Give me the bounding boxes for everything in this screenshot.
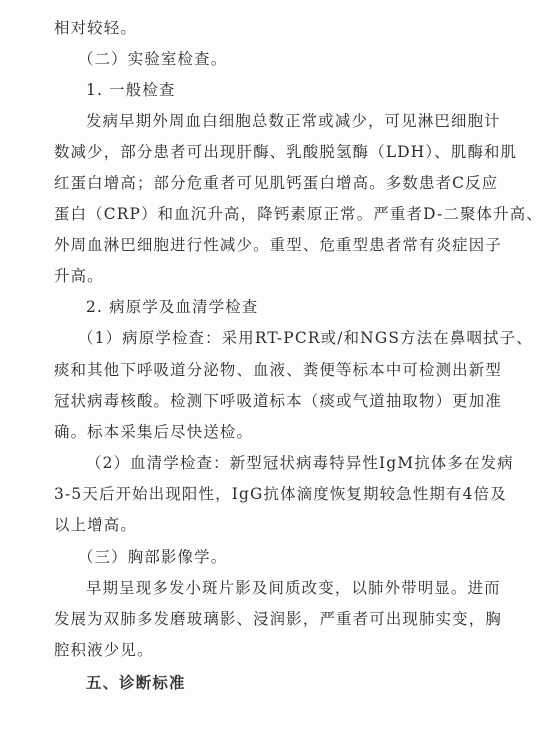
paragraph-line: 以上增高。 — [54, 515, 494, 535]
paragraph-line: （2）血清学检查：新型冠状病毒特异性IgM抗体多在发病 — [86, 453, 526, 473]
paragraph-line: 腔积液少见。 — [54, 640, 494, 660]
subsection-heading-pathogen-serology: 2. 病原学及血清学检查 — [86, 297, 526, 317]
document-page: 相对较轻。 （二）实验室检查。 1. 一般检查 发病早期外周血白细胞总数正常或减… — [0, 0, 549, 729]
paragraph-line: 冠状病毒核酸。检测下呼吸道标本（痰或气道抽取物）更加准 — [54, 391, 494, 411]
section-heading-chest-imaging: （三）胸部影像学。 — [78, 547, 518, 567]
paragraph-line: 早期呈现多发小斑片影及间质改变，以肺外带明显。进而 — [86, 578, 526, 598]
paragraph-line: 升高。 — [54, 266, 494, 286]
chapter-heading-diagnostic-criteria: 五、诊断标准 — [86, 673, 526, 693]
subsection-heading-general-tests: 1. 一般检查 — [86, 80, 526, 100]
paragraph-line: 发病早期外周血白细胞总数正常或减少，可见淋巴细胞计 — [86, 111, 526, 131]
paragraph-line: 数减少，部分患者可出现肝酶、乳酸脱氢酶（LDH）、肌酶和肌 — [54, 142, 494, 162]
paragraph-line: （1）病原学检查：采用RT-PCR或/和NGS方法在鼻咽拭子、 — [78, 328, 518, 348]
paragraph-line: 蛋白（CRP）和血沉升高，降钙素原正常。严重者D-二聚体升高、 — [54, 204, 494, 224]
paragraph-line: 确。标本采集后尽快送检。 — [54, 422, 494, 442]
paragraph-line: 痰和其他下呼吸道分泌物、血液、粪便等标本中可检测出新型 — [54, 360, 494, 380]
paragraph-line: 外周血淋巴细胞进行性减少。重型、危重型患者常有炎症因子 — [54, 235, 494, 255]
section-heading-lab-tests: （二）实验室检查。 — [78, 49, 518, 69]
paragraph-line: 3-5天后开始出现阳性，IgG抗体滴度恢复期较急性期有4倍及 — [54, 484, 494, 504]
paragraph-line: 红蛋白增高；部分危重者可见肌钙蛋白增高。多数患者C反应 — [54, 173, 494, 193]
paragraph-line: 发展为双肺多发磨玻璃影、浸润影，严重者可出现肺实变，胸 — [54, 609, 494, 629]
text-line-continuation: 相对较轻。 — [54, 18, 494, 38]
